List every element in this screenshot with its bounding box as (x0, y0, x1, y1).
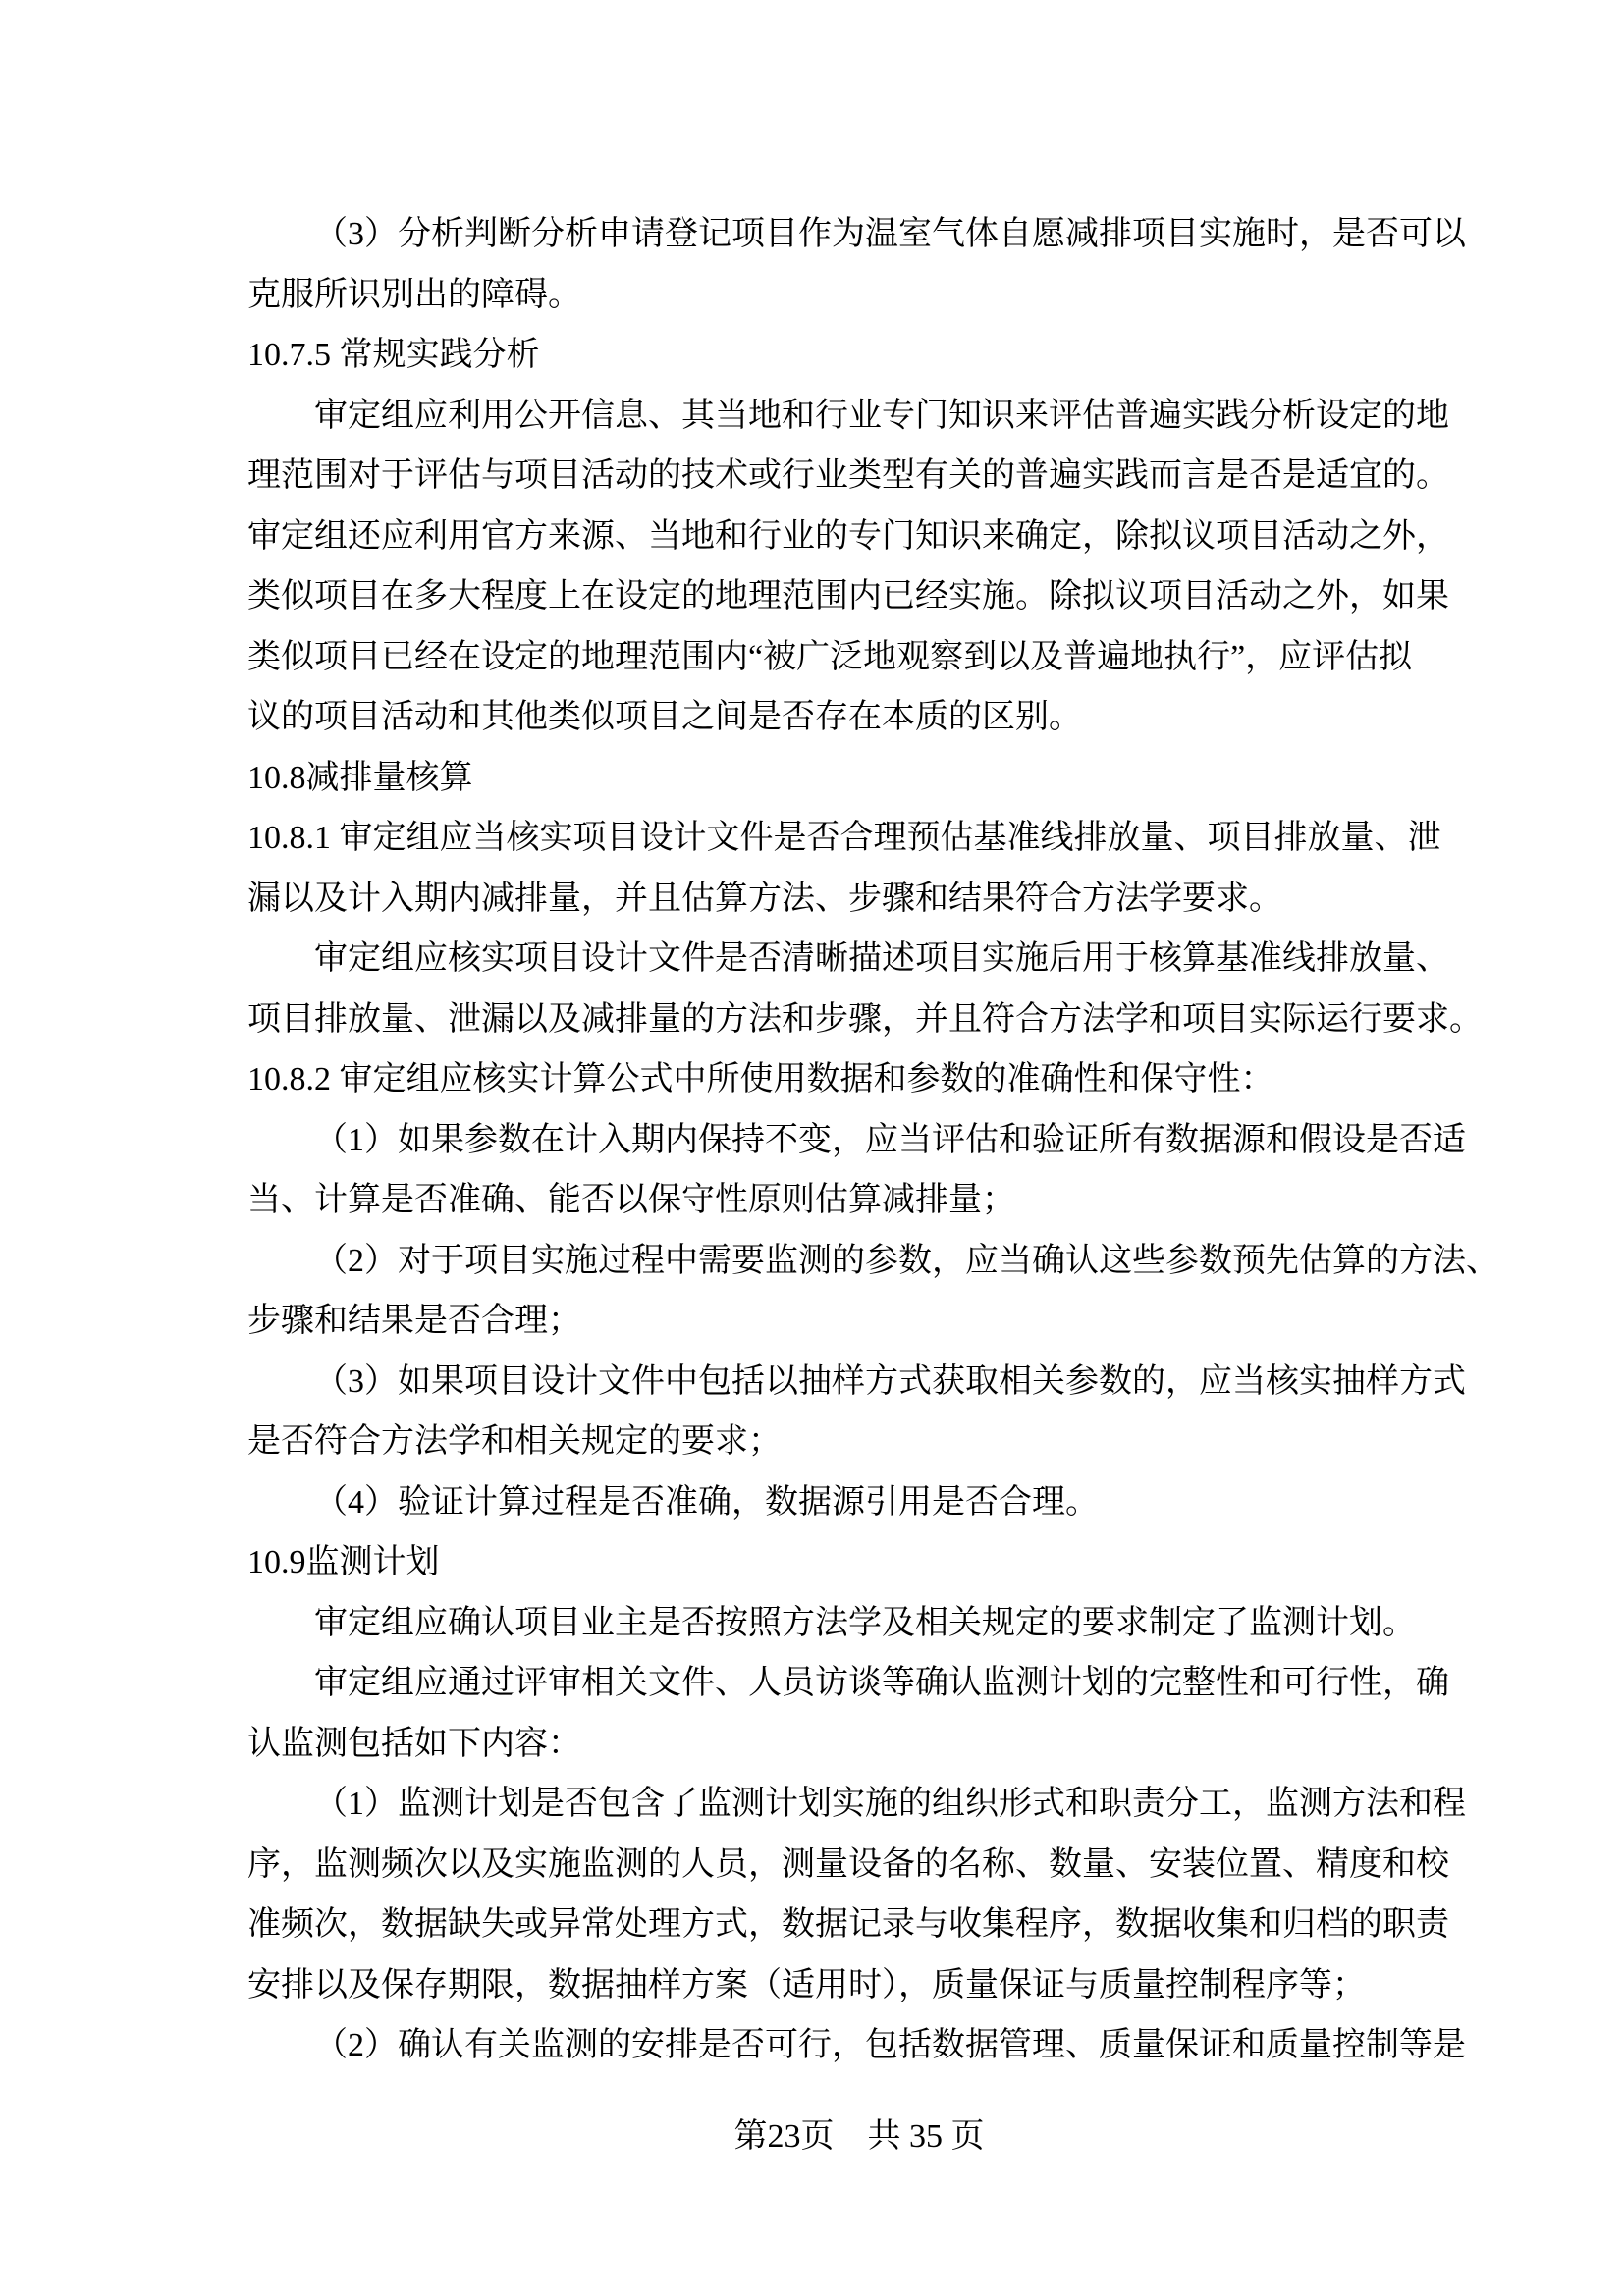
text-line: 类似项目在多大程度上在设定的地理范围内已经实施。除拟议项目活动之外，如果 (247, 566, 1471, 627)
text-line: 认监测包括如下内容： (247, 1714, 1471, 1775)
text-line: 审定组应利用公开信息、其当地和行业专门知识来评估普遍实践分析设定的地 (247, 386, 1471, 447)
text-line: （1）监测计划是否包含了监测计划实施的组织形式和职责分工，监测方法和程 (247, 1774, 1471, 1835)
text-line: （2）确认有关监测的安排是否可行，包括数据管理、质量保证和质量控制等是 (247, 2015, 1471, 2076)
text-line: （2）对于项目实施过程中需要监测的参数，应当确认这些参数预先估算的方法、 (247, 1231, 1471, 1292)
text-line: 项目排放量、泄漏以及减排量的方法和步骤，并且符合方法学和项目实际运行要求。 (247, 989, 1471, 1050)
text-line: （1）如果参数在计入期内保持不变，应当评估和验证所有数据源和假设是否适 (247, 1110, 1471, 1171)
text-line: 10.8.1 审定组应当核实项目设计文件是否合理预估基准线排放量、项目排放量、泄 (247, 808, 1471, 869)
text-line: （4）验证计算过程是否准确，数据源引用是否合理。 (247, 1472, 1471, 1533)
text-line: 漏以及计入期内减排量，并且估算方法、步骤和结果符合方法学要求。 (247, 869, 1471, 930)
text-line: （3）如果项目设计文件中包括以抽样方式获取相关参数的，应当核实抽样方式 (247, 1352, 1471, 1413)
text-line: 克服所识别出的障碍。 (247, 265, 1471, 326)
document-page: （3）分析判断分析申请登记项目作为温室气体自愿减排项目实施时，是否可以克服所识别… (0, 0, 1624, 2296)
text-line: 审定组应核实项目设计文件是否清晰描述项目实施后用于核算基准线排放量、 (247, 929, 1471, 989)
text-line: 步骤和结果是否合理； (247, 1291, 1471, 1352)
text-line: 10.8.2 审定组应核实计算公式中所使用数据和参数的准确性和保守性： (247, 1049, 1471, 1110)
text-line: 理范围对于评估与项目活动的技术或行业类型有关的普遍实践而言是否是适宜的。 (247, 446, 1471, 507)
text-line: 是否符合方法学和相关规定的要求； (247, 1412, 1471, 1472)
text-line: 类似项目已经在设定的地理范围内“被广泛地观察到以及普遍地执行”，应评估拟 (247, 627, 1471, 688)
text-line: 当、计算是否准确、能否以保守性原则估算减排量； (247, 1170, 1471, 1231)
text-line: 审定组应确认项目业主是否按照方法学及相关规定的要求制定了监测计划。 (247, 1593, 1471, 1654)
text-line: 序，监测频次以及实施监测的人员，测量设备的名称、数量、安装位置、精度和校 (247, 1835, 1471, 1896)
text-line: 议的项目活动和其他类似项目之间是否存在本质的区别。 (247, 687, 1471, 748)
text-line: 安排以及保存期限，数据抽样方案（适用时），质量保证与质量控制程序等； (247, 1955, 1471, 2016)
page-body: （3）分析判断分析申请登记项目作为温室气体自愿减排项目实施时，是否可以克服所识别… (247, 204, 1471, 2076)
text-line: 准频次，数据缺失或异常处理方式，数据记录与收集程序，数据收集和归档的职责 (247, 1895, 1471, 1955)
text-line: 10.7.5 常规实践分析 (247, 325, 1471, 386)
text-line: 10.8减排量核算 (247, 748, 1471, 809)
text-line: 审定组应通过评审相关文件、人员访谈等确认监测计划的完整性和可行性，确 (247, 1653, 1471, 1714)
text-line: 10.9监测计划 (247, 1532, 1471, 1593)
text-line: （3）分析判断分析申请登记项目作为温室气体自愿减排项目实施时，是否可以 (247, 204, 1471, 265)
page-footer: 第23页 共 35 页 (247, 2107, 1471, 2167)
text-line: 审定组还应利用官方来源、当地和行业的专门知识来确定，除拟议项目活动之外， (247, 507, 1471, 567)
